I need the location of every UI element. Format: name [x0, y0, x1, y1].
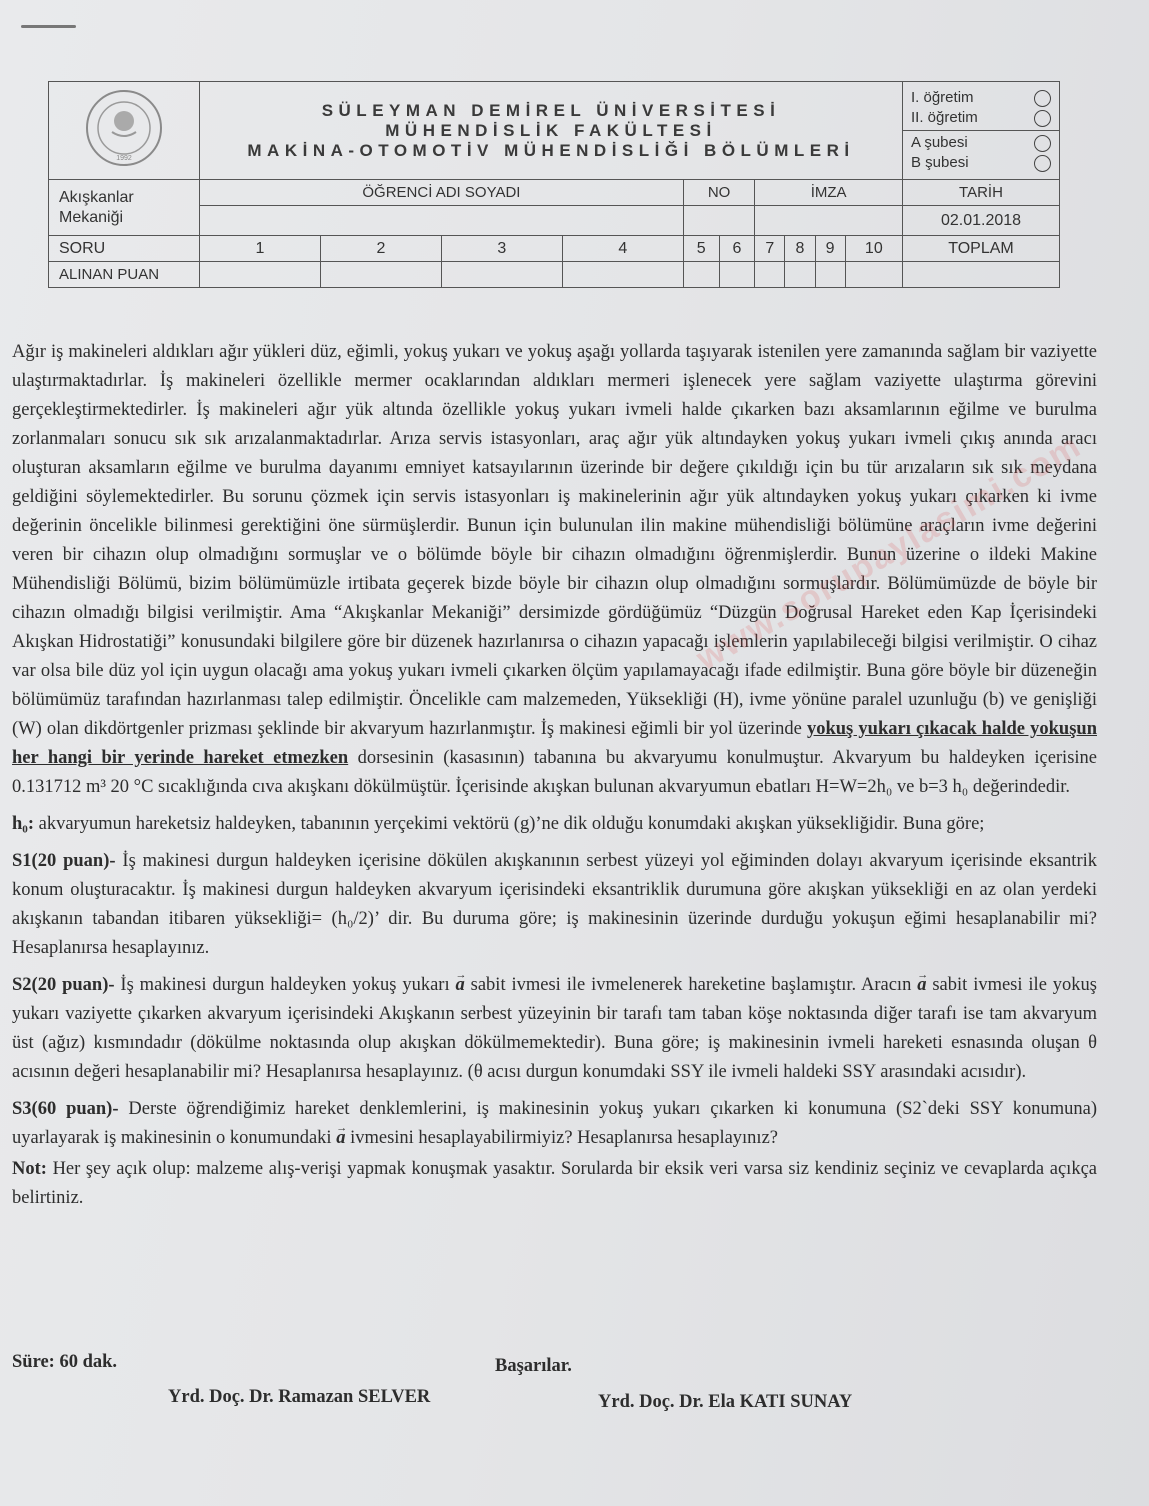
- date-header: TARİH: [903, 180, 1060, 206]
- score-cell[interactable]: [683, 262, 719, 288]
- score-row-label: ALINAN PUAN: [49, 262, 200, 288]
- h0-definition: h₀: akvaryumun hareketsiz haldeyken, tab…: [12, 810, 1097, 839]
- score-cell[interactable]: [845, 262, 902, 288]
- acceleration-vector-symbol: a: [917, 975, 926, 995]
- department-name: MAKİNA-OTOMOTİV MÜHENDİSLİĞİ BÖLÜMLERİ: [200, 141, 902, 161]
- radio-circle[interactable]: [1034, 90, 1051, 107]
- score-cell[interactable]: [755, 262, 785, 288]
- exam-body: Ağır iş makineleri aldıkları ağır yükler…: [12, 338, 1097, 1213]
- exam-duration: Süre: 60 dak.: [12, 1352, 117, 1373]
- university-seal-icon: 1992: [84, 88, 164, 168]
- score-cell[interactable]: [719, 262, 755, 288]
- question-number: 9: [815, 236, 845, 262]
- problem-statement: Ağır iş makineleri aldıkları ağır yükler…: [12, 338, 1097, 802]
- total-score-cell[interactable]: [903, 262, 1060, 288]
- question-1: S1(20 puan)- İş makinesi durgun haldeyke…: [12, 847, 1097, 963]
- question-number: 2: [320, 236, 441, 262]
- program-options: I. öğretim II. öğretim A şubesi B şubesi: [903, 82, 1060, 180]
- instructor-2: Yrd. Doç. Dr. Ela KATI SUNAY: [598, 1392, 852, 1413]
- option-first-education[interactable]: I. öğretim: [911, 88, 1051, 108]
- question-number: 4: [562, 236, 683, 262]
- question-number: 5: [683, 236, 719, 262]
- good-luck-message: Başarılar.: [495, 1356, 572, 1377]
- question-number: 1: [200, 236, 321, 262]
- score-cell[interactable]: [441, 262, 562, 288]
- university-name: SÜLEYMAN DEMİREL ÜNİVERSİTESİ: [200, 101, 902, 121]
- question-row-label: SORU: [49, 236, 200, 262]
- student-name-header: ÖĞRENCİ ADI SOYADI: [200, 180, 684, 206]
- question-number: 7: [755, 236, 785, 262]
- course-name: Akışkanlar Mekaniği: [49, 180, 200, 236]
- score-cell[interactable]: [785, 262, 815, 288]
- radio-circle[interactable]: [1034, 155, 1051, 172]
- svg-text:1992: 1992: [116, 155, 132, 162]
- score-cell[interactable]: [815, 262, 845, 288]
- question-number: 8: [785, 236, 815, 262]
- option-second-education[interactable]: II. öğretim: [911, 108, 1051, 128]
- score-cell[interactable]: [320, 262, 441, 288]
- question-3: S3(60 puan)- Derste öğrendiğimiz hareket…: [12, 1095, 1097, 1153]
- signature-field[interactable]: [755, 206, 903, 236]
- institution-title: SÜLEYMAN DEMİREL ÜNİVERSİTESİ MÜHENDİSLİ…: [200, 82, 903, 180]
- total-header: TOPLAM: [903, 236, 1060, 262]
- acceleration-vector-symbol: a: [456, 975, 465, 995]
- note: Not: Her şey açık olup: malzeme alış-ver…: [12, 1155, 1097, 1213]
- score-cell[interactable]: [200, 262, 321, 288]
- logo-cell: 1992: [49, 82, 200, 180]
- question-number: 10: [845, 236, 902, 262]
- question-2: S2(20 puan)- İş makinesi durgun haldeyke…: [12, 971, 1097, 1087]
- no-header: NO: [683, 180, 754, 206]
- acceleration-vector-symbol: a: [336, 1128, 345, 1148]
- question-number: 3: [441, 236, 562, 262]
- student-no-field[interactable]: [683, 206, 754, 236]
- student-name-field[interactable]: [200, 206, 684, 236]
- question-number: 6: [719, 236, 755, 262]
- exam-header-table: 1992 SÜLEYMAN DEMİREL ÜNİVERSİTESİ MÜHEN…: [48, 81, 1060, 288]
- exam-date: 02.01.2018: [903, 206, 1060, 236]
- faculty-name: MÜHENDİSLİK FAKÜLTESİ: [200, 121, 902, 141]
- option-a-branch[interactable]: A şubesi: [903, 130, 1059, 153]
- option-b-branch[interactable]: B şubesi: [911, 153, 1051, 173]
- score-cell[interactable]: [562, 262, 683, 288]
- instructor-1: Yrd. Doç. Dr. Ramazan SELVER: [168, 1387, 430, 1408]
- staple-mark: [21, 25, 76, 28]
- radio-circle[interactable]: [1034, 110, 1051, 127]
- radio-circle[interactable]: [1034, 135, 1051, 152]
- signature-header: İMZA: [755, 180, 903, 206]
